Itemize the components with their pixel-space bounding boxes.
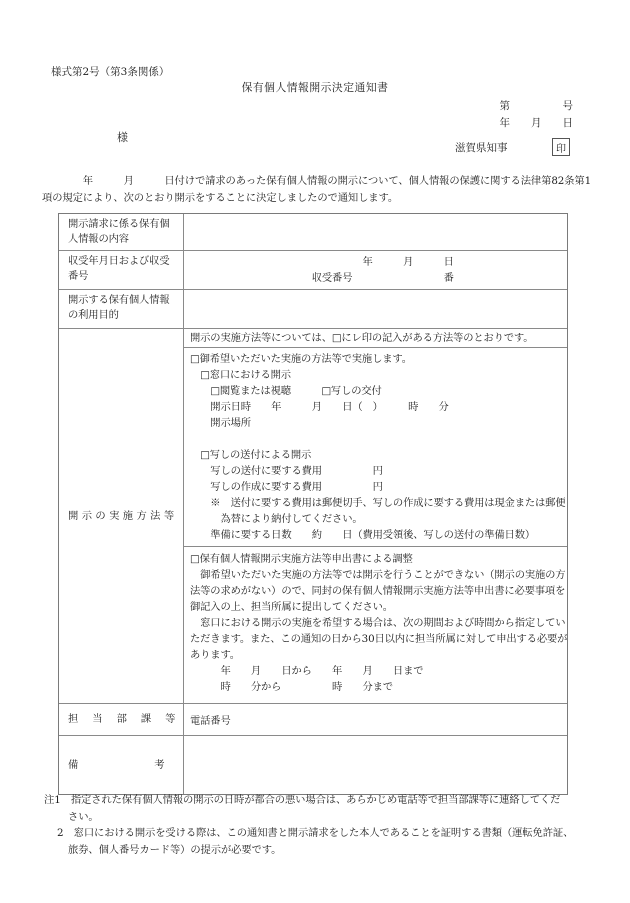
row-remarks: 備考	[59, 735, 567, 794]
document-page: 様式第2号（第3条関係） 保有個人情報開示決定通知書 第 号 年 月 日 様 滋…	[0, 0, 630, 903]
row-disclosure-method: 開示の実施方法等 開示の実施方法等については、□にレ印の記入がある方法等のとおり…	[59, 328, 567, 703]
official-seal: 印	[552, 138, 570, 156]
addressee-suffix: 様	[117, 129, 128, 145]
seal-character: 印	[556, 140, 566, 155]
row-purpose-label: 開示する保有個人情報の利用目的	[59, 290, 184, 328]
row-requested-info: 開示請求に係る保有個人情報の内容	[59, 214, 567, 250]
method-instruction-note: 開示の実施方法等については、□にレ印の記入がある方法等のとおりです。	[184, 329, 567, 348]
note-1: 注1 指定された保有個人情報の開示の日時が都合の悪い場合は、あらかじめ電話等で担…	[44, 792, 596, 825]
row-disclosure-method-label: 開示の実施方法等	[59, 329, 184, 703]
phone-label: 電話番号	[190, 712, 231, 727]
row-requested-info-value	[184, 214, 567, 250]
issuer-name: 滋賀県知事	[455, 140, 508, 155]
method-section-adjustment: □保有個人情報開示実施方法等申出書による調整 御希望いただいた実施の方法等では開…	[184, 547, 567, 703]
row-purpose: 開示する保有個人情報の利用目的	[59, 289, 567, 328]
row-receipt-label: 収受年月日および収受番号	[59, 251, 184, 289]
row-receipt-value: 年 月 日 収受番号 番	[184, 251, 567, 289]
row-requested-info-label: 開示請求に係る保有個人情報の内容	[59, 214, 184, 250]
row-department-value: 電話番号	[184, 704, 567, 735]
intro-paragraph: 年 月 日付けで請求のあった保有個人情報の開示について、個人情報の保護に関する法…	[42, 173, 591, 206]
issue-date: 年 月 日	[500, 115, 574, 130]
document-title: 保有個人情報開示決定通知書	[0, 80, 630, 95]
row-disclosure-method-value: 開示の実施方法等については、□にレ印の記入がある方法等のとおりです。 □御希望い…	[184, 329, 567, 703]
row-purpose-value	[184, 290, 567, 328]
method-section-requested: □御希望いただいた実施の方法等で実施します。 □窓口における開示 □閲覧または視…	[184, 348, 567, 547]
row-department: 担当部課等 電話番号	[59, 703, 567, 735]
document-number: 第 号	[500, 98, 574, 113]
row-receipt: 収受年月日および収受番号 年 月 日 収受番号 番	[59, 250, 567, 289]
form-code: 様式第2号（第3条関係）	[51, 64, 169, 79]
row-remarks-label: 備考	[59, 736, 184, 794]
footnotes: 注1 指定された保有個人情報の開示の日時が都合の悪い場合は、あらかじめ電話等で担…	[44, 792, 596, 858]
note-2: 2 窓口における開示を受ける際は、この通知書と開示請求をした本人であることを証明…	[57, 825, 596, 858]
notice-table: 開示請求に係る保有個人情報の内容 収受年月日および収受番号 年 月 日 収受番号…	[58, 213, 568, 795]
row-remarks-value	[184, 736, 567, 794]
row-department-label: 担当部課等	[59, 704, 184, 735]
